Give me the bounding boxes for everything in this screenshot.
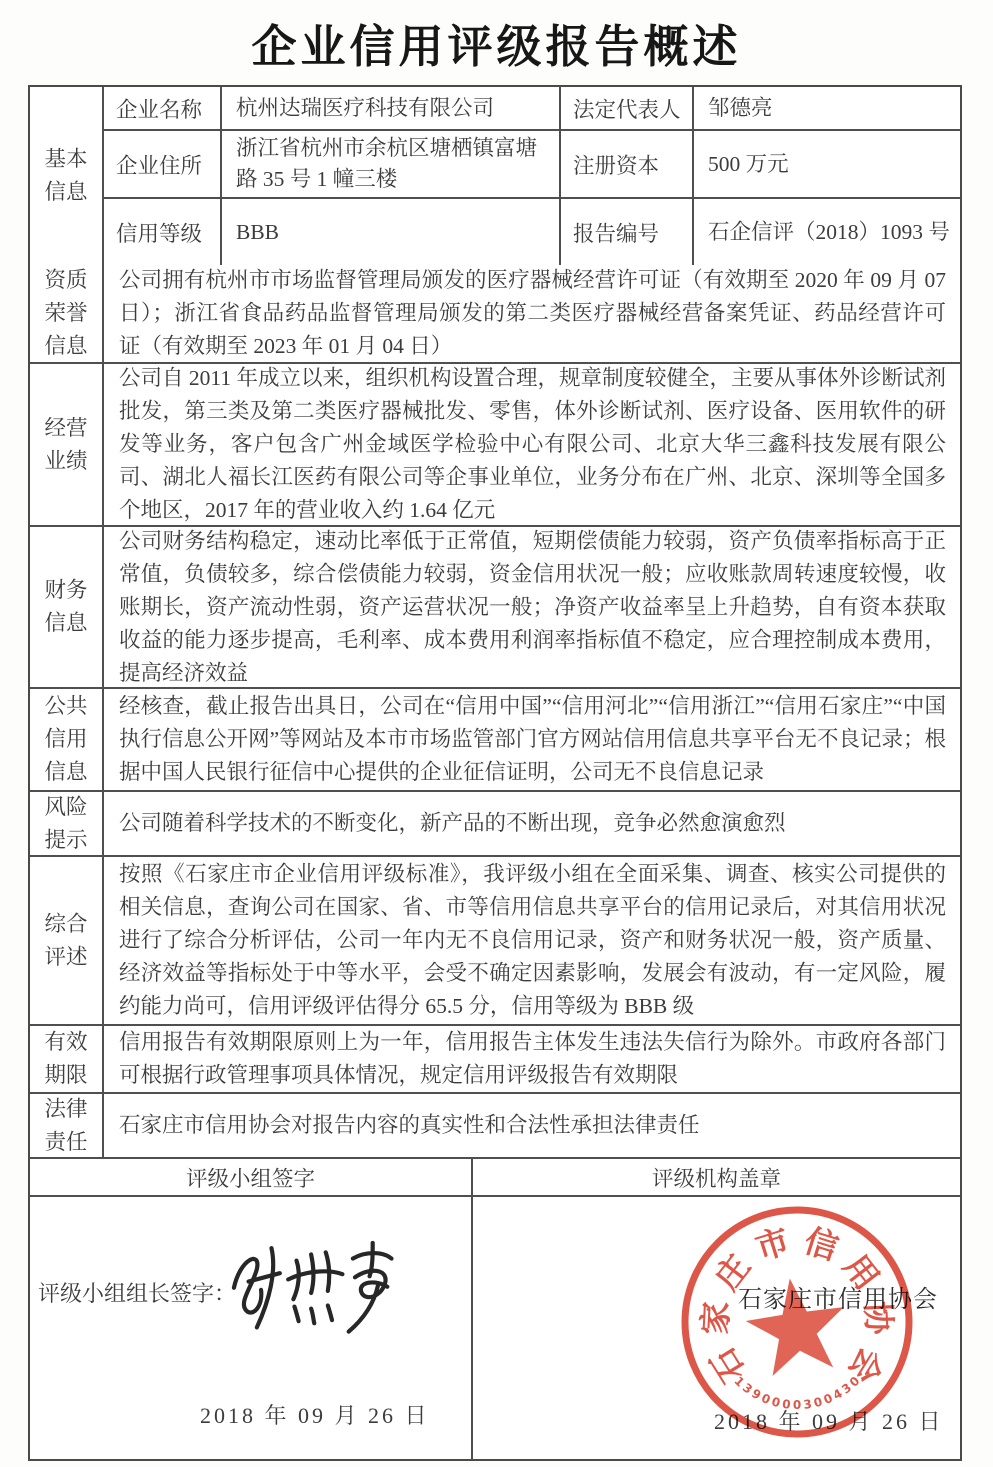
report-page: 企业信用评级报告概述 基本信息 企业名称 杭州达瑞医疗科技有限公司 法定代表人 … (0, 0, 993, 1467)
section-row-risk-warning: 风险提示 公司随着科学技术的不断变化，新产品的不断出现，竞争必然愈演愈烈 (30, 790, 960, 855)
seal-ring-char: 用 (836, 1248, 885, 1297)
seal-ring-char: 家 (697, 1301, 736, 1336)
section-header: 综合评述 (30, 857, 102, 1024)
section-header: 资质荣誉信息 (30, 265, 102, 362)
section-text: 公司随着科学技术的不断变化，新产品的不断出现，竞争必然愈演愈烈 (102, 792, 960, 855)
section-label: 综合评述 (41, 908, 90, 974)
section-label: 法律责任 (41, 1093, 90, 1159)
section-label: 风险提示 (41, 791, 90, 857)
section-label: 资质荣誉信息 (41, 264, 90, 363)
section-row-financial-info: 财务信息 公司财务结构稳定，速动比率低于正常值，短期偿债能力较弱，资产负债率指标… (30, 525, 960, 687)
field-value-address: 浙江省杭州市余杭区塘栖镇富塘路 35 号 1 幢三楼 (220, 129, 559, 197)
section-row-validity-period: 有效期限 信用报告有效期限原则上为一年，信用报告主体发生违法失信行为除外。市政府… (30, 1024, 960, 1092)
seal-number-digit: 0 (793, 1398, 801, 1412)
section-label: 经营业绩 (41, 412, 90, 478)
footer-body-row: 评级小组组长签字： 2018 年 09 月 26 日 石家庄市信用协会 20 (30, 1195, 960, 1459)
seal-ring-char: 协 (858, 1301, 897, 1337)
footer-header-row: 评级小组签字 评级机构盖章 (30, 1157, 960, 1195)
footer-header-signature: 评级小组签字 (30, 1159, 471, 1195)
section-label: 基本信息 (41, 143, 90, 209)
section-text: 公司自 2011 年成立以来，组织机构设置合理，规章制度较健全，主要从事体外诊断… (102, 364, 960, 525)
section-header: 财务信息 (30, 527, 102, 687)
field-value-legal-rep: 邹德亮 (692, 87, 960, 129)
section-text: 公司财务结构稳定，速动比率低于正常值，短期偿债能力较弱，资产负债率指标高于正常值… (102, 527, 960, 687)
seal-ring-char: 市 (752, 1223, 795, 1268)
field-value-company-name: 杭州达瑞医疗科技有限公司 (220, 87, 559, 129)
field-value-registered-capital: 500 万元 (692, 129, 960, 197)
section-text: 石家庄市信用协会对报告内容的真实性和合法性承担法律责任 (102, 1094, 960, 1157)
page-title: 企业信用评级报告概述 (0, 10, 993, 75)
seal-star (741, 1272, 852, 1379)
seal-ring-char: 信 (800, 1222, 843, 1268)
field-label-registered-capital: 注册资本 (559, 129, 692, 197)
seal-number-digit: 0 (781, 1397, 791, 1412)
section-header: 公共信用信息 (30, 689, 102, 790)
section-text: 经核查，截止报告出具日，公司在“信用中国”“信用河北”“信用浙江”“信用石家庄”… (102, 689, 960, 790)
section-header: 有效期限 (30, 1026, 102, 1092)
field-label-legal-rep: 法定代表人 (559, 87, 692, 129)
section-label: 财务信息 (41, 574, 90, 640)
section-row-qualifications: 资质荣誉信息 公司拥有杭州市市场监督管理局颁发的医疗器械经营许可证（有效期至 2… (30, 265, 960, 362)
section-row-business-performance: 经营业绩 公司自 2011 年成立以来，组织机构设置合理，规章制度较健全，主要从… (30, 362, 960, 525)
seal-number-digit: 0 (770, 1394, 782, 1410)
leader-signature-handwriting (218, 1221, 398, 1341)
field-label-company-name: 企业名称 (102, 87, 220, 129)
field-value-report-number: 石企信评（2018）1093 号 (692, 197, 960, 265)
field-label-report-number: 报告编号 (559, 197, 692, 265)
seal-number-digit: 3 (803, 1397, 813, 1412)
section-label: 有效期限 (41, 1026, 90, 1092)
footer-header-seal: 评级机构盖章 (471, 1159, 960, 1195)
section-header: 风险提示 (30, 792, 102, 855)
section-text: 按照《石家庄市企业信用评级标准》，我评级小组在全面采集、调查、核实公司提供的相关… (102, 857, 960, 1024)
section-text: 信用报告有效期限原则上为一年，信用报告主体发生违法失信行为除外。市政府各部门可根… (102, 1026, 960, 1092)
leader-signature-label: 评级小组组长签字： (38, 1277, 236, 1308)
basic-info-block: 基本信息 企业名称 杭州达瑞医疗科技有限公司 法定代表人 邹德亮 企业住所 浙江… (30, 87, 960, 265)
section-header: 法律责任 (30, 1094, 102, 1157)
official-seal: 石家庄市信用协会1390000300430 (677, 1202, 917, 1442)
signature-date: 2018 年 09 月 26 日 (200, 1399, 430, 1430)
section-header-basic-info: 基本信息 (30, 87, 102, 265)
section-row-legal-responsibility: 法律责任 石家庄市信用协会对报告内容的真实性和合法性承担法律责任 (30, 1092, 960, 1157)
field-value-credit-grade: BBB (220, 197, 559, 265)
field-label-address: 企业住所 (102, 129, 220, 197)
section-row-comprehensive-review: 综合评述 按照《石家庄市企业信用评级标准》，我评级小组在全面采集、调查、核实公司… (30, 855, 960, 1024)
section-label: 公共信用信息 (41, 690, 90, 789)
section-text: 公司拥有杭州市市场监督管理局颁发的医疗器械经营许可证（有效期至 2020 年 0… (102, 265, 960, 362)
footer-column-divider (471, 1197, 473, 1459)
field-label-credit-grade: 信用等级 (102, 197, 220, 265)
section-row-public-credit: 公共信用信息 经核查，截止报告出具日，公司在“信用中国”“信用河北”“信用浙江”… (30, 687, 960, 790)
seal-ring-char: 庄 (709, 1248, 758, 1297)
report-table: 基本信息 企业名称 杭州达瑞医疗科技有限公司 法定代表人 邹德亮 企业住所 浙江… (28, 85, 962, 1461)
section-header: 经营业绩 (30, 364, 102, 525)
